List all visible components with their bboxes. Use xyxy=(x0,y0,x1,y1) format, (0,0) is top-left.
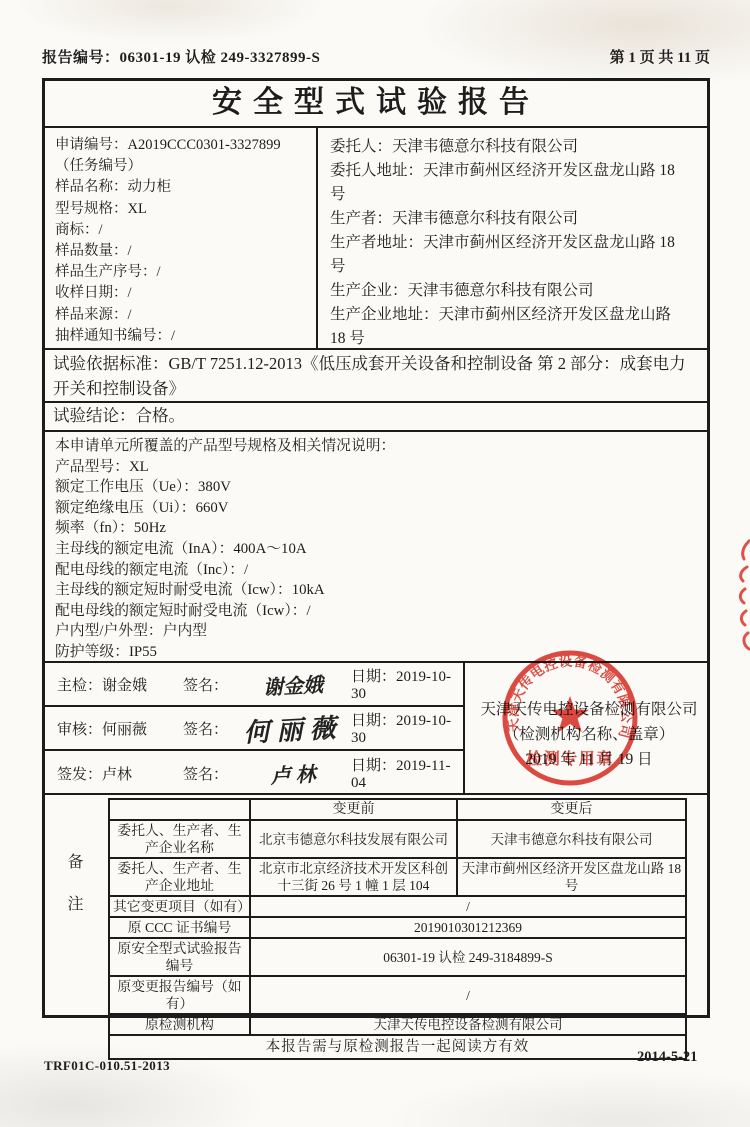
remark-row-value: / xyxy=(250,896,686,917)
coverage-line: 频率（fn）：50Hz xyxy=(55,518,699,539)
change-table-body: 变更前 变更后 xyxy=(109,799,686,820)
remark-row-value: 天津天传电控设备检测有限公司 xyxy=(250,1014,686,1035)
signature-label: 签名： xyxy=(183,674,235,695)
sample-info-line: 样品数量：/ xyxy=(55,241,310,262)
report-border-box: 安全型式试验报告 申请编号：A2019CCC0301-3327899（任务编号）… xyxy=(42,78,710,1018)
signature-label: 签名： xyxy=(183,763,235,784)
signature-rows: 主检：谢金娥 签名： 谢金娥 日期：2019-10-30 审核：何丽薇 签名： … xyxy=(45,663,463,793)
signature-row: 审核：何丽薇 签名： 何丽薇 日期：2019-10-30 xyxy=(45,707,463,751)
client-info-line: 委托人：天津韦德意尔科技有限公司 xyxy=(330,135,675,159)
remark-row: 其它变更项目（如有）/ xyxy=(109,896,686,917)
remark-row-value: 2019010301212369 xyxy=(250,917,686,938)
sample-info-line: 样品来源：/ xyxy=(55,305,310,326)
signature-date: 日期：2019-10-30 xyxy=(351,665,463,703)
remark-row-after: 天津市蓟州区经济开发区盘龙山路 18 号 xyxy=(457,858,686,896)
remark-row-before: 北京韦德意尔科技发展有限公司 xyxy=(250,820,457,858)
coverage-line: 产品型号：XL xyxy=(55,457,699,478)
signer-role: 签发：卢林 xyxy=(57,763,183,784)
inspection-stamp: 天津天传电控设备检测有限公司 检测专用章 xyxy=(496,644,644,792)
coverage-line: 配电母线的额定电流（Inc）：/ xyxy=(55,560,699,581)
handwritten-signature: 卢 林 xyxy=(234,755,351,790)
form-date: 2014-5-21 xyxy=(637,1049,697,1066)
sample-info-line: 样品名称：动力柜 xyxy=(55,177,310,198)
remark-row-label: 原 CCC 证书编号 xyxy=(109,917,250,938)
handwritten-signature: 谢金娥 xyxy=(234,666,351,701)
sample-info-line: （任务编号） xyxy=(55,156,310,177)
coverage-line: 主母线的额定电流（InA）：400A～10A xyxy=(55,539,699,560)
page-indicator: 第 1 页 共 11 页 xyxy=(610,46,710,67)
stamp-ring-text: 天津天传电控设备检测有限公司 xyxy=(505,653,635,741)
signature-row: 签发：卢林 签名： 卢 林 日期：2019-11-04 xyxy=(45,751,463,795)
signature-label: 签名： xyxy=(183,718,235,739)
coverage-section: 本申请单元所覆盖的产品型号规格及相关情况说明：产品型号：XL额定工作电压（Ue）… xyxy=(45,430,707,661)
remark-row-label: 原检测机构 xyxy=(109,1014,250,1035)
client-info-line: 生产者地址：天津市蓟州区经济开发区盘龙山路 18 号 xyxy=(330,231,675,279)
report-title: 安全型式试验报告 xyxy=(45,81,707,128)
coverage-line: 主母线的额定短时耐受电流（Icw）：10kA xyxy=(55,580,699,601)
change-header-after: 变更后 xyxy=(457,799,686,820)
signature-row: 主检：谢金娥 签名： 谢金娥 日期：2019-10-30 xyxy=(45,663,463,707)
star-icon xyxy=(551,696,589,732)
sample-info-line: 型号规格：XL xyxy=(55,199,310,220)
signature-date: 日期：2019-11-04 xyxy=(351,754,463,792)
edge-stamp-fragment xyxy=(735,537,750,652)
form-code: TRF01C-010.51-2013 xyxy=(44,1058,170,1074)
remark-section: 备注 变更前 变更后 委托人、生产者、生产企业名称北京韦德意尔科技发展有限公司天… xyxy=(45,793,707,1021)
remark-row: 原 CCC 证书编号2019010301212369 xyxy=(109,917,686,938)
scanned-report-page: 报告编号：06301-19 认检 249-3327899-S 第 1 页 共 1… xyxy=(0,0,750,1127)
signer-role: 审核：何丽薇 xyxy=(57,718,183,739)
sample-info-line: 商标：/ xyxy=(55,220,310,241)
signer-role: 主检：谢金娥 xyxy=(57,674,183,695)
client-info-line: 生产企业：天津韦德意尔科技有限公司 xyxy=(330,279,675,303)
sample-info-line: 申请编号：A2019CCC0301-3327899 xyxy=(55,135,310,156)
change-header-empty-cell xyxy=(109,799,250,820)
coverage-line: 额定绝缘电压（Ui）：660V xyxy=(55,498,699,519)
remark-row: 原变更报告编号（如有）/ xyxy=(109,976,686,1014)
test-conclusion-line: 试验结论：合格。 xyxy=(45,401,707,430)
test-standard-line: 试验依据标准：GB/T 7251.12-2013《低压成套开关设备和控制设备 第… xyxy=(45,348,707,401)
remark-row: 原检测机构天津天传电控设备检测有限公司 xyxy=(109,1014,686,1035)
remark-row-label: 其它变更项目（如有） xyxy=(109,896,250,917)
change-table-header: 变更前 变更后 xyxy=(109,799,686,820)
remark-row-value: 06301-19 认检 249-3184899-S xyxy=(250,938,686,976)
report-number: 报告编号：06301-19 认检 249-3327899-S xyxy=(42,46,320,67)
remark-row: 委托人、生产者、生产企业地址北京市北京经济技术开发区科创十三街 26 号 1 幢… xyxy=(109,858,686,896)
remark-label: 备注 xyxy=(45,795,102,1021)
client-info-line: 委托人地址：天津市蓟州区经济开发区盘龙山路 18 号 xyxy=(330,159,675,207)
client-info-column: 委托人：天津韦德意尔科技有限公司委托人地址：天津市蓟州区经济开发区盘龙山路 18… xyxy=(318,128,713,348)
stamp-bottom-text: 检测专用章 xyxy=(526,749,614,768)
coverage-line: 额定工作电压（Ue）：380V xyxy=(55,477,699,498)
sample-and-client-section: 申请编号：A2019CCC0301-3327899（任务编号）样品名称：动力柜型… xyxy=(45,128,707,348)
remark-row-label: 原变更报告编号（如有） xyxy=(109,976,250,1014)
sample-info-line: 样品生产序号：/ xyxy=(55,262,310,283)
client-info-line: 生产企业地址：天津市蓟州区经济开发区盘龙山路 18 号 xyxy=(330,303,675,351)
coverage-line: 户内型/户外型：户内型 xyxy=(55,621,699,642)
remark-row-after: 天津韦德意尔科技有限公司 xyxy=(457,820,686,858)
remark-row-value: / xyxy=(250,976,686,1014)
remark-row: 原安全型式试验报告编号06301-19 认检 249-3184899-S xyxy=(109,938,686,976)
signature-date: 日期：2019-10-30 xyxy=(351,709,463,747)
sample-info-column: 申请编号：A2019CCC0301-3327899（任务编号）样品名称：动力柜型… xyxy=(45,128,318,348)
remark-row-label: 原安全型式试验报告编号 xyxy=(109,938,250,976)
remark-note-row: 本报告需与原检测报告一起阅读方有效 xyxy=(109,1035,686,1059)
remark-row-label: 委托人、生产者、生产企业名称 xyxy=(109,820,250,858)
coverage-line: 本申请单元所覆盖的产品型号规格及相关情况说明： xyxy=(55,436,699,457)
sample-info-line: 收样日期：/ xyxy=(55,283,310,304)
remark-note: 本报告需与原检测报告一起阅读方有效 xyxy=(109,1035,686,1059)
handwritten-signature: 何丽薇 xyxy=(234,706,352,749)
sample-info-line: 抽样通知书编号：/ xyxy=(55,326,310,347)
remark-row-before: 北京市北京经济技术开发区科创十三街 26 号 1 幢 1 层 104 xyxy=(250,858,457,896)
remark-row: 委托人、生产者、生产企业名称北京韦德意尔科技发展有限公司天津韦德意尔科技有限公司 xyxy=(109,820,686,858)
coverage-line: 配电母线的额定短时耐受电流（Icw）：/ xyxy=(55,601,699,622)
change-table: 变更前 变更后 委托人、生产者、生产企业名称北京韦德意尔科技发展有限公司天津韦德… xyxy=(108,798,687,1060)
remark-table-body: 委托人、生产者、生产企业名称北京韦德意尔科技发展有限公司天津韦德意尔科技有限公司… xyxy=(109,820,686,1035)
change-header-before: 变更前 xyxy=(250,799,457,820)
client-info-line: 生产者：天津韦德意尔科技有限公司 xyxy=(330,207,675,231)
remark-row-label: 委托人、生产者、生产企业地址 xyxy=(109,858,250,896)
